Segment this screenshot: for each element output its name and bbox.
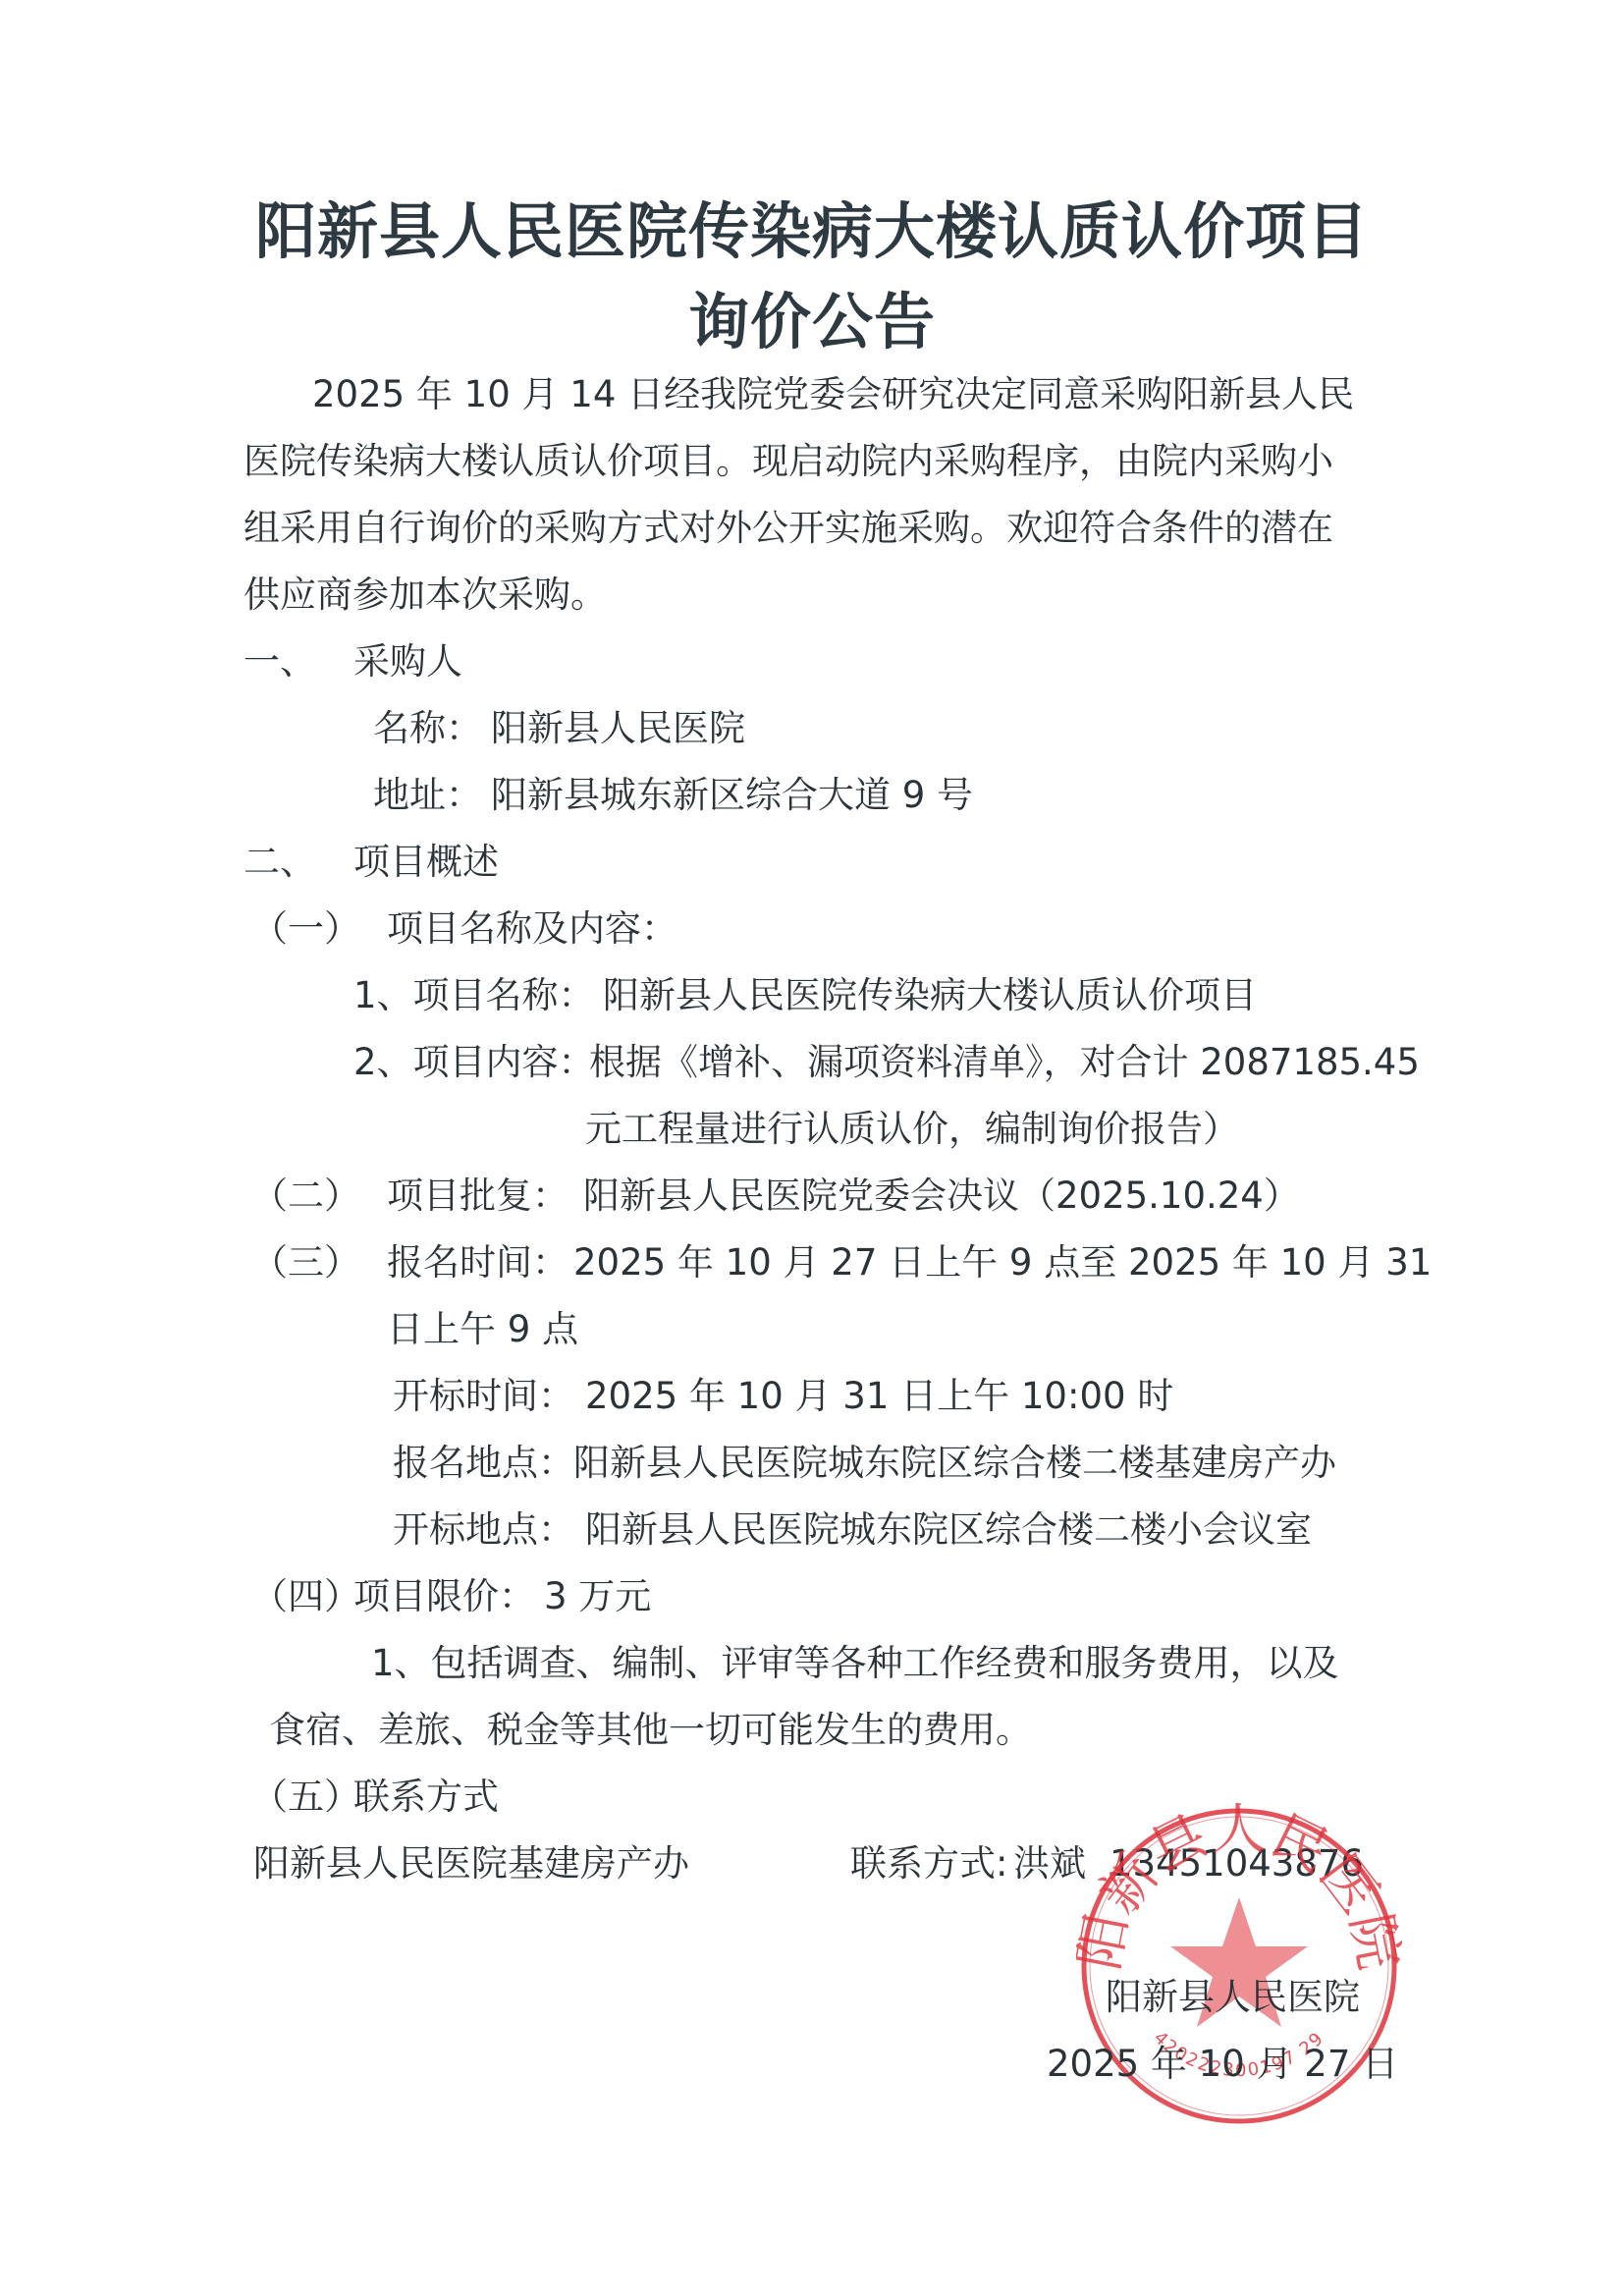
- signature-date: 2025 年 10 月 27 日: [1047, 2043, 1398, 2086]
- intro-line-1: 2025 年 10 月 14 日经我院党委会研究决定同意采购阳新县人民: [312, 373, 1354, 416]
- document-title-line2: 询价公告: [0, 273, 1624, 360]
- opening-place-value: 阳新县人民医院城东院区综合楼二楼小会议室: [585, 1508, 1312, 1552]
- section2-number: 二、: [244, 841, 316, 884]
- sub1-heading: 项目名称及内容：: [387, 907, 677, 951]
- document-title-line1: 阳新县人民医院传染病大楼认质认价项目: [0, 183, 1624, 270]
- approval-label: 项目批复：: [387, 1175, 568, 1218]
- signature-org: 阳新县人民医院: [1106, 1976, 1360, 2019]
- registration-time-value-1: 2025 年 10 月 27 日上午 9 点至 2025 年 10 月 31: [573, 1241, 1432, 1285]
- project-content-value-1: 根据《增补、漏项资料清单》，对合计 2087185.45: [589, 1041, 1420, 1084]
- section1-number: 一、: [244, 640, 316, 683]
- purchaser-address-value: 阳新县城东新区综合大道 9 号: [491, 774, 973, 817]
- opening-place-label: 开标地点：: [393, 1508, 574, 1552]
- approval-value: 阳新县人民医院党委会决议（2025.10.24）: [583, 1175, 1300, 1218]
- registration-place-label: 报名地点：: [393, 1442, 574, 1485]
- registration-time-label: 报名时间：: [387, 1241, 568, 1285]
- intro-line-4: 供应商参加本次采购。: [244, 574, 607, 617]
- purchaser-name-value: 阳新县人民医院: [491, 707, 745, 750]
- sub2-number: （二）: [251, 1175, 360, 1218]
- sub4-number: （四）: [251, 1575, 360, 1618]
- purchaser-name-label: 名称：: [373, 707, 482, 750]
- sub5-number: （五）: [251, 1776, 360, 1819]
- contact-office: 阳新县人民医院基建房产办: [253, 1842, 689, 1886]
- project-content-value-2: 元工程量进行认质认价，编制询价报告）: [585, 1108, 1239, 1151]
- price-note-line-2: 食宿、差旅、税金等其他一切可能发生的费用。: [269, 1709, 1032, 1752]
- opening-time-value: 2025 年 10 月 31 日上午 10:00 时: [585, 1375, 1173, 1418]
- intro-line-2: 医院传染病大楼认质认价项目。现启动院内采购程序，由院内采购小: [244, 440, 1333, 483]
- sub3-number: （三）: [251, 1241, 360, 1285]
- price-limit-label: 项目限价：: [353, 1575, 535, 1618]
- document-page: 阳新县人民医院传染病大楼认质认价项目 询价公告 2025 年 10 月 14 日…: [0, 0, 1624, 2296]
- price-note-line-1: 1、包括调查、编制、评审等各种工作经费和服务费用，以及: [371, 1642, 1339, 1685]
- section1-heading: 采购人: [353, 640, 462, 683]
- sub5-heading: 联系方式: [353, 1776, 499, 1819]
- section2-heading: 项目概述: [353, 841, 499, 884]
- sub1-number: （一）: [251, 907, 360, 951]
- contact-person: 洪斌: [1013, 1842, 1086, 1886]
- contact-label: 联系方式:: [850, 1842, 1007, 1886]
- opening-time-label: 开标时间：: [393, 1375, 574, 1418]
- registration-place-value: 阳新县人民医院城东院区综合楼二楼基建房产办: [573, 1442, 1336, 1485]
- intro-line-3: 组采用自行询价的采购方式对外公开实施采购。欢迎符合条件的潜在: [244, 507, 1333, 550]
- project-name-label: 1、项目名称：: [353, 974, 595, 1017]
- registration-time-value-2: 日上午 9 点: [387, 1308, 578, 1351]
- project-name-value: 阳新县人民医院传染病大楼认质认价项目: [603, 974, 1257, 1017]
- project-content-label: 2、项目内容：: [353, 1041, 595, 1084]
- price-limit-value: 3 万元: [544, 1575, 651, 1618]
- purchaser-address-label: 地址：: [373, 774, 482, 817]
